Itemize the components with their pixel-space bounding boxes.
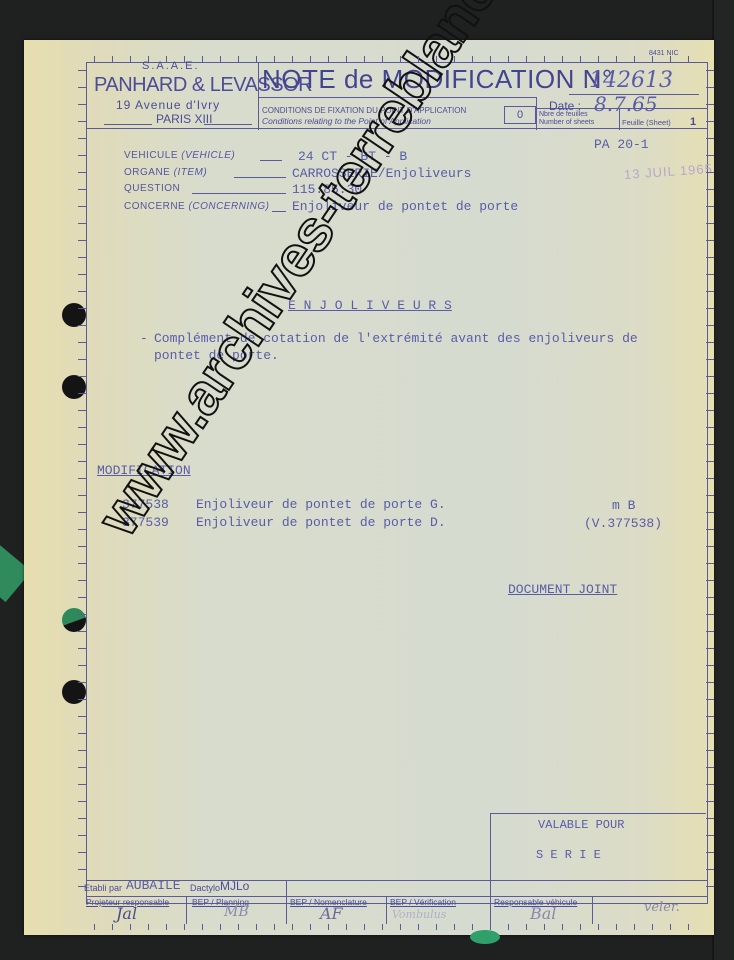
- ruler-tick: [706, 359, 714, 360]
- ruler-tick: [688, 924, 689, 930]
- ruler-tick: [634, 924, 635, 930]
- form-code: 8431 NIC: [649, 50, 679, 57]
- background-green-blob: [470, 930, 500, 944]
- ruler-tick: [364, 56, 365, 62]
- ruler-tick: [78, 410, 86, 411]
- ruler-tick: [706, 597, 714, 598]
- ruler-tick: [490, 56, 491, 62]
- signature-vehicle-manager: Bal: [530, 904, 556, 923]
- ruler-tick: [78, 869, 86, 870]
- ruler-tick: [598, 924, 599, 930]
- ruler-tick: [706, 682, 714, 683]
- ruler-tick: [78, 512, 86, 513]
- ruler-tick: [78, 546, 86, 547]
- ruler-tick: [706, 87, 714, 88]
- ruler-tick: [78, 308, 86, 309]
- ruler-tick: [706, 546, 714, 547]
- ruler-tick: [706, 393, 714, 394]
- validity-value: S E R I E: [536, 848, 601, 862]
- ruler-tick: [706, 325, 714, 326]
- ruler-tick: [706, 665, 714, 666]
- ruler-tick: [238, 56, 239, 62]
- ruler-tick: [310, 56, 311, 62]
- ruler-tick: [706, 614, 714, 615]
- ruler-tick: [78, 223, 86, 224]
- ruler-tick: [634, 56, 635, 62]
- ruler-tick: [418, 56, 419, 62]
- ruler-tick: [706, 886, 714, 887]
- established-label: Etabli par: [84, 883, 122, 893]
- ruler-tick: [706, 223, 714, 224]
- ruler-tick: [706, 580, 714, 581]
- reference-code: PA 20-1: [594, 137, 649, 152]
- field-rule: [192, 193, 286, 194]
- ruler-tick: [78, 580, 86, 581]
- ruler-tick: [78, 138, 86, 139]
- left-margin-line: [86, 135, 87, 902]
- ruler-tick: [148, 924, 149, 930]
- conditions-divider: [536, 97, 537, 130]
- footer-cell-divider: [490, 881, 491, 924]
- ruler-tick: [544, 56, 545, 62]
- ruler-tick: [706, 495, 714, 496]
- ruler-tick: [78, 393, 86, 394]
- ruler-tick: [78, 529, 86, 530]
- sheets-label-fr: Nbre de feuilles: [539, 111, 588, 118]
- ruler-tick: [706, 291, 714, 292]
- ruler-tick: [78, 359, 86, 360]
- punch-hole: [62, 303, 86, 327]
- ruler-tick: [706, 716, 714, 717]
- ruler-tick: [112, 924, 113, 930]
- footer-cell-divider: [386, 896, 387, 924]
- ruler-tick: [274, 924, 275, 930]
- ruler-tick: [112, 56, 113, 62]
- ruler-tick: [78, 274, 86, 275]
- ruler-tick: [202, 56, 203, 62]
- ruler-tick: [454, 924, 455, 930]
- ruler-tick: [274, 56, 275, 62]
- ruler-tick: [382, 56, 383, 62]
- ruler-tick: [706, 308, 714, 309]
- ruler-tick: [454, 56, 455, 62]
- footer-cell-divider: [186, 896, 187, 924]
- ruler-tick: [130, 924, 131, 930]
- signature-projector: Jal: [116, 904, 137, 923]
- ruler-tick: [78, 70, 86, 71]
- ruler-tick: [78, 189, 86, 190]
- ruler-tick: [78, 716, 86, 717]
- ruler-tick: [580, 56, 581, 62]
- ruler-tick: [472, 56, 473, 62]
- section-heading: E N J O L I V E U R S: [288, 298, 452, 313]
- ruler-tick: [544, 924, 545, 930]
- ruler-tick: [328, 56, 329, 62]
- ruler-tick: [364, 924, 365, 930]
- ruler-tick: [166, 924, 167, 930]
- field-label-concerning: CONCERNE (CONCERNING): [124, 201, 270, 212]
- field-label-item: ORGANE (ITEM): [124, 167, 207, 178]
- ruler-tick: [490, 924, 491, 930]
- ruler-tick: [706, 869, 714, 870]
- punch-hole: [62, 375, 86, 399]
- ruler-tick: [78, 461, 86, 462]
- ruler-tick: [78, 835, 86, 836]
- ruler-tick: [78, 631, 86, 632]
- sheets-label-en: Number of sheets: [539, 119, 594, 126]
- ruler-tick: [78, 495, 86, 496]
- typist-label: Dactylo: [190, 883, 220, 893]
- ruler-tick: [472, 924, 473, 930]
- ruler-tick: [78, 699, 86, 700]
- modification-note-sheet: S.A.A.E. PANHARD & LEVASSOR 19 Avenue d'…: [24, 40, 714, 935]
- ruler-tick: [78, 682, 86, 683]
- ruler-tick: [78, 648, 86, 649]
- footer-divider: [286, 880, 287, 896]
- sheet-value: 1: [690, 116, 696, 128]
- ruler-tick: [78, 750, 86, 751]
- ruler-tick: [688, 56, 689, 62]
- ruler-tick: [148, 56, 149, 62]
- field-rule: [234, 177, 286, 178]
- signature-planning: MB: [224, 904, 249, 920]
- ruler-tick: [706, 818, 714, 819]
- ruler-tick: [184, 56, 185, 62]
- ruler-tick: [706, 801, 714, 802]
- ruler-tick: [616, 924, 617, 930]
- ruler-tick: [78, 733, 86, 734]
- part-note: m B: [612, 498, 635, 513]
- ruler-tick: [78, 852, 86, 853]
- signature-verification: Vombulus: [392, 908, 446, 921]
- ruler-tick: [706, 461, 714, 462]
- ruler-tick: [706, 767, 714, 768]
- ruler-tick: [238, 924, 239, 930]
- ruler-tick: [328, 924, 329, 930]
- ruler-tick: [94, 924, 95, 930]
- signature-nomenclature: AF: [320, 904, 343, 923]
- field-label-vehicle: VEHICULE (VEHICLE): [124, 150, 235, 161]
- ruler-tick: [706, 172, 714, 173]
- ruler-tick: [706, 138, 714, 139]
- ruler-tick: [130, 56, 131, 62]
- city-rule: [104, 124, 152, 125]
- field-label-question: QUESTION: [124, 183, 180, 194]
- bullet-mark: -: [140, 331, 148, 346]
- company-address: 19 Avenue d'Ivry: [116, 98, 220, 112]
- ruler-tick: [310, 924, 311, 930]
- ruler-tick: [78, 104, 86, 105]
- punch-hole: [62, 680, 86, 704]
- ruler-tick: [526, 56, 527, 62]
- ruler-tick: [78, 597, 86, 598]
- part-note: (V.377538): [584, 516, 662, 531]
- ruler-tick: [706, 852, 714, 853]
- ruler-tick: [78, 121, 86, 122]
- ruler-tick: [670, 924, 671, 930]
- ruler-tick: [78, 376, 86, 377]
- ruler-tick: [256, 56, 257, 62]
- attachment-note: DOCUMENT JOINT: [508, 582, 617, 597]
- ruler-tick: [202, 924, 203, 930]
- ruler-tick: [382, 924, 383, 930]
- ruler-tick: [706, 512, 714, 513]
- ruler-tick: [706, 444, 714, 445]
- footer-cell-divider: [592, 896, 593, 924]
- ruler-tick: [166, 56, 167, 62]
- ruler-tick: [78, 257, 86, 258]
- ruler-tick: [562, 56, 563, 62]
- ruler-tick: [220, 924, 221, 930]
- ruler-tick: [78, 342, 86, 343]
- ruler-tick: [706, 155, 714, 156]
- typist-value: MJLo: [220, 879, 249, 893]
- ruler-tick: [706, 478, 714, 479]
- ruler-tick: [706, 104, 714, 105]
- ruler-tick: [508, 56, 509, 62]
- ruler-tick: [220, 56, 221, 62]
- ruler-tick: [78, 291, 86, 292]
- ruler-tick: [346, 56, 347, 62]
- ruler-tick: [706, 784, 714, 785]
- ruler-tick: [292, 924, 293, 930]
- ruler-tick: [706, 189, 714, 190]
- validity-top-line: [490, 813, 706, 814]
- ruler-tick: [706, 206, 714, 207]
- ruler-tick: [78, 206, 86, 207]
- ruler-tick: [706, 631, 714, 632]
- ruler-tick: [706, 835, 714, 836]
- ruler-tick: [78, 665, 86, 666]
- ruler-tick: [78, 325, 86, 326]
- ruler-tick: [94, 56, 95, 62]
- ruler-tick: [706, 750, 714, 751]
- ruler-tick: [346, 924, 347, 930]
- ruler-tick: [78, 240, 86, 241]
- ruler-tick: [418, 924, 419, 930]
- ruler-tick: [580, 924, 581, 930]
- ruler-tick: [598, 56, 599, 62]
- ruler-tick: [616, 56, 617, 62]
- ruler-tick: [184, 924, 185, 930]
- validity-divider: [490, 813, 491, 881]
- ruler-tick: [706, 410, 714, 411]
- ruler-tick: [436, 56, 437, 62]
- cell-label-verification: BEP / Vérification: [390, 897, 456, 907]
- ruler-tick: [706, 563, 714, 564]
- ruler-tick: [400, 924, 401, 930]
- part-description: Enjoliveur de pontet de porte G.: [196, 497, 446, 512]
- ruler-tick: [706, 342, 714, 343]
- ruler-tick: [526, 924, 527, 930]
- ruler-tick: [78, 155, 86, 156]
- ruler-tick: [706, 257, 714, 258]
- ruler-tick: [706, 121, 714, 122]
- ruler-tick: [292, 56, 293, 62]
- ruler-tick: [562, 924, 563, 930]
- ruler-tick: [256, 924, 257, 930]
- ruler-tick: [78, 563, 86, 564]
- ruler-tick: [706, 427, 714, 428]
- ruler-tick: [78, 172, 86, 173]
- ruler-tick: [706, 648, 714, 649]
- ruler-tick: [78, 818, 86, 819]
- ruler-tick: [706, 274, 714, 275]
- ruler-tick: [508, 924, 509, 930]
- ruler-tick: [652, 56, 653, 62]
- ruler-tick: [78, 784, 86, 785]
- conditions-value: 0: [504, 106, 536, 124]
- ruler-tick: [706, 733, 714, 734]
- sheet-label: Feuille (Sheet): [622, 118, 671, 127]
- ruler-tick: [706, 240, 714, 241]
- ruler-tick: [78, 478, 86, 479]
- ruler-tick: [78, 614, 86, 615]
- part-description: Enjoliveur de pontet de porte D.: [196, 515, 446, 530]
- date-value: 8.7.65: [594, 92, 658, 116]
- ruler-tick: [400, 56, 401, 62]
- scanner-edge: [712, 0, 734, 960]
- ruler-tick: [670, 56, 671, 62]
- ruler-tick: [78, 886, 86, 887]
- ruler-tick: [78, 767, 86, 768]
- field-rule: [260, 160, 282, 161]
- footer-cell-divider: [286, 896, 287, 924]
- ruler-tick: [436, 924, 437, 930]
- signature-extra: veler.: [644, 900, 680, 915]
- ruler-tick: [706, 70, 714, 71]
- ruler-tick: [706, 529, 714, 530]
- ruler-tick: [78, 87, 86, 88]
- city-rule: [204, 124, 252, 125]
- note-number: 142613: [589, 68, 673, 93]
- ruler-tick: [78, 444, 86, 445]
- ruler-tick: [78, 427, 86, 428]
- ruler-tick: [706, 699, 714, 700]
- established-value: AUBAILE: [126, 878, 181, 893]
- org-line: S.A.A.E.: [142, 60, 200, 72]
- punch-hole: [62, 608, 86, 632]
- ruler-tick: [652, 924, 653, 930]
- ruler-tick: [78, 801, 86, 802]
- validity-label: VALABLE POUR: [538, 818, 624, 832]
- ruler-tick: [706, 376, 714, 377]
